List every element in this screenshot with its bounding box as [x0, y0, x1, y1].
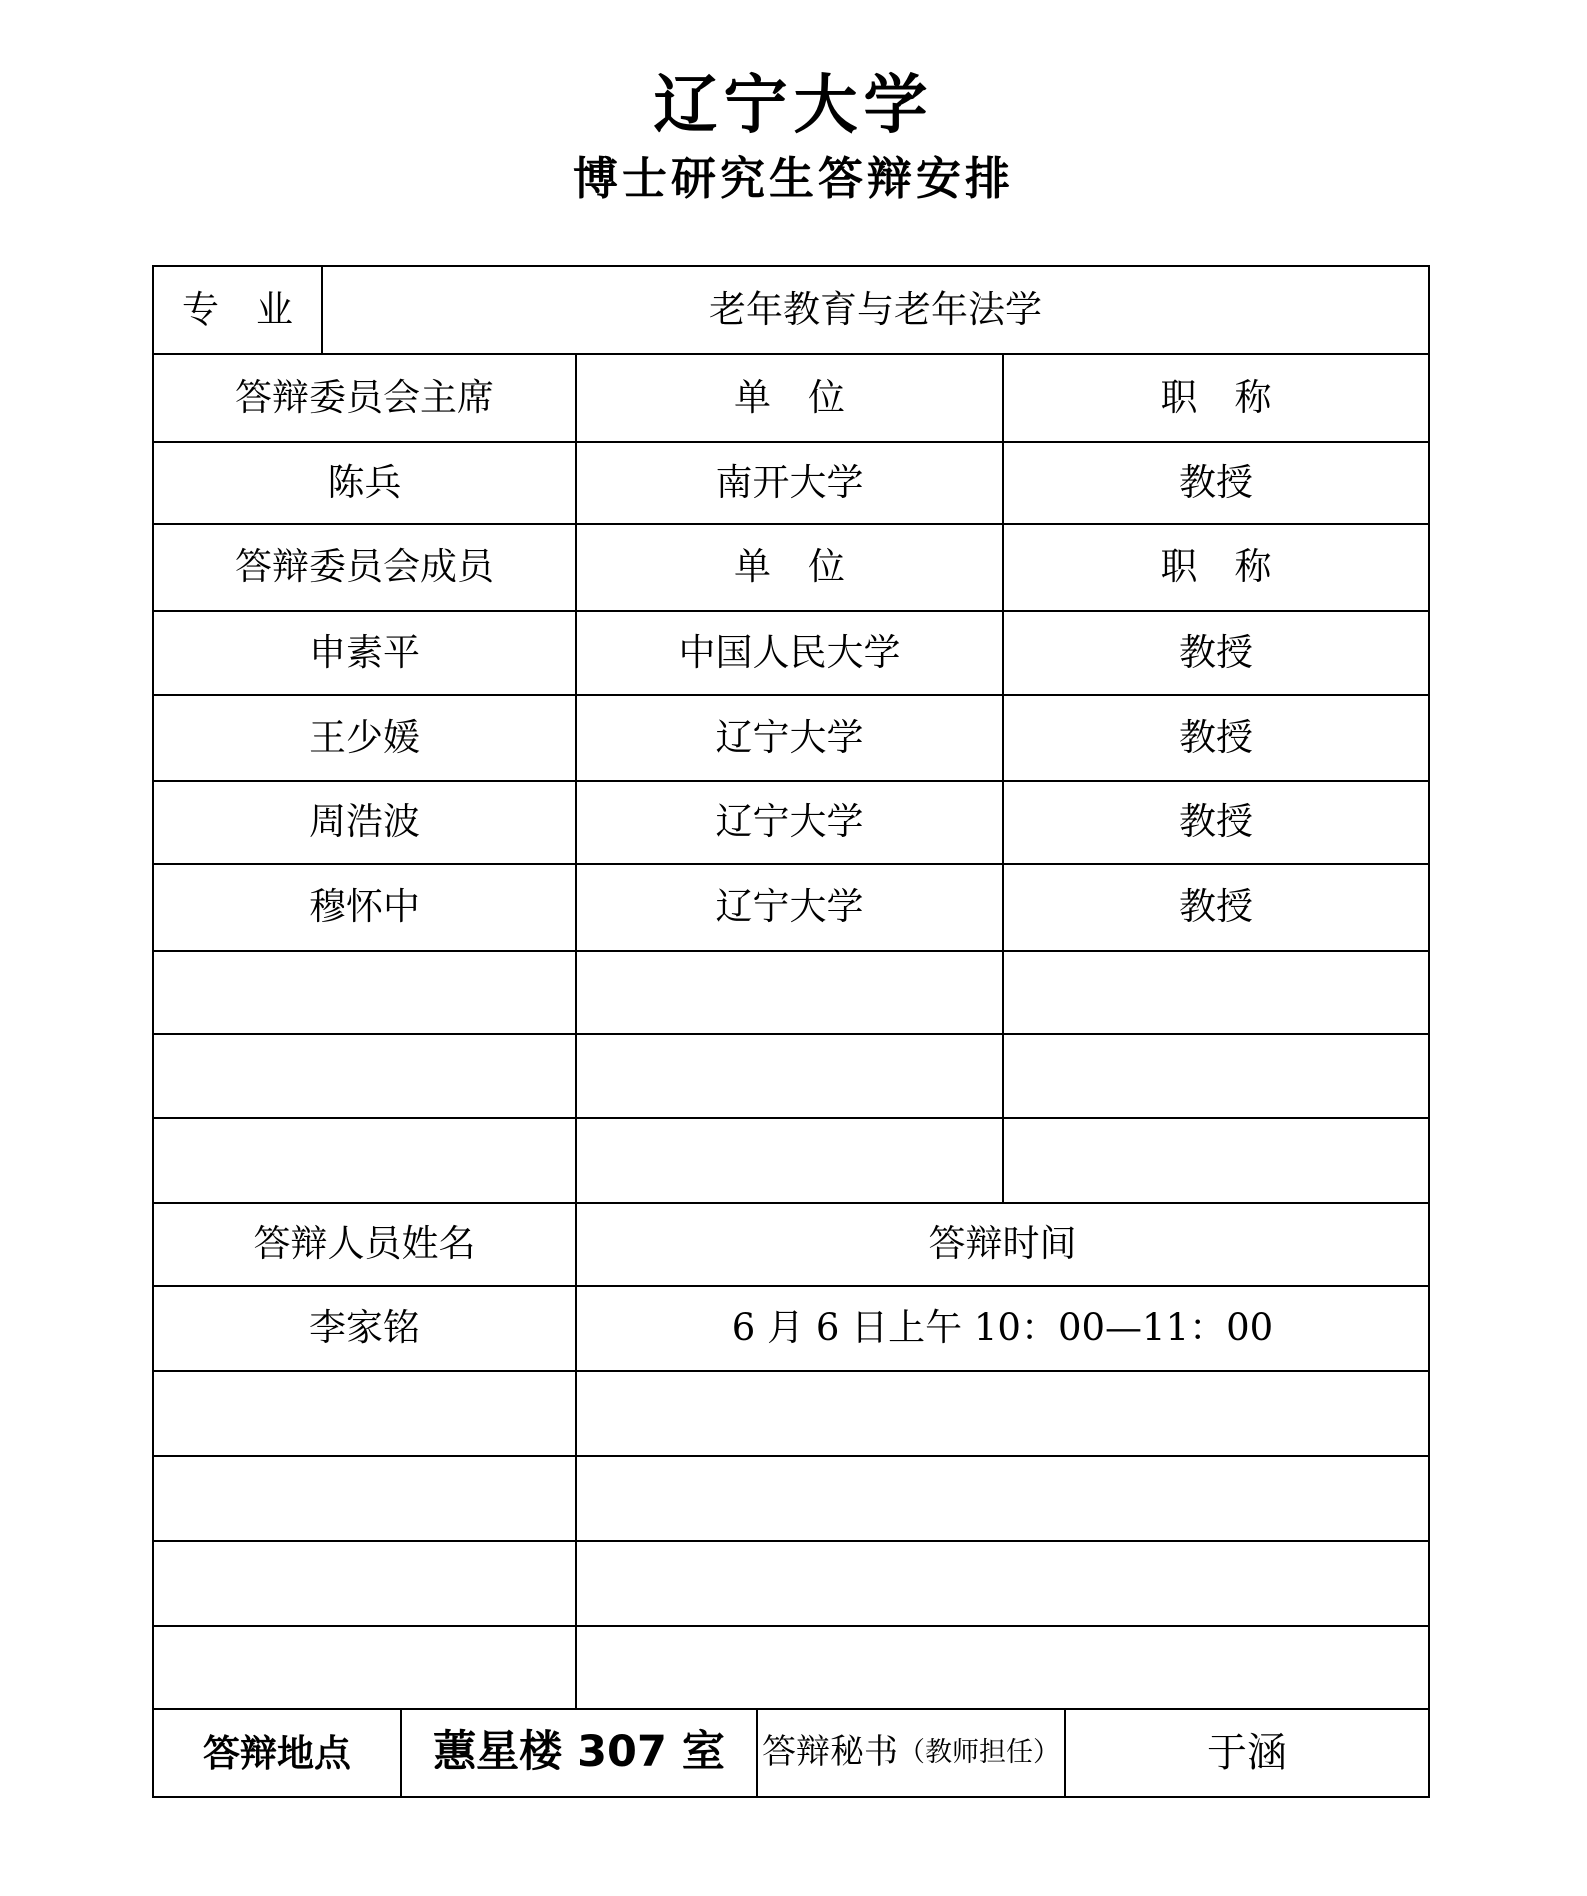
- location-value: 蕙星楼 307 室: [402, 1710, 758, 1798]
- member-unit-header: 单 位: [577, 525, 1004, 612]
- major-value: 老年教育与老年法学: [323, 267, 1430, 355]
- secretary-label-text: 答辩秘书: [762, 1733, 898, 1772]
- member-header-row: 答辩委员会成员 单 位 职 称: [154, 525, 1430, 612]
- member-title: 教授: [1004, 696, 1430, 782]
- defense-header-row: 答辩人员姓名 答辩时间: [154, 1204, 1430, 1287]
- secretary-label: 答辩秘书（教师担任）: [758, 1710, 1066, 1798]
- defense-row-empty: [154, 1457, 1430, 1542]
- member-row: 穆怀中 辽宁大学 教授: [154, 865, 1430, 952]
- member-name: 王少媛: [154, 696, 577, 782]
- secretary-note: （教师担任）: [898, 1737, 1060, 1768]
- member-name: 周浩波: [154, 782, 577, 865]
- defense-schedule-table: 专 业 老年教育与老年法学 答辩委员会主席 单 位 职 称 陈兵 南开大学 教授…: [152, 265, 1430, 1798]
- member-title: 教授: [1004, 782, 1430, 865]
- defense-time: [577, 1627, 1430, 1710]
- defense-row-empty: [154, 1542, 1430, 1627]
- member-title: [1004, 952, 1430, 1035]
- major-label: 专 业: [154, 267, 323, 355]
- member-unit: 中国人民大学: [577, 612, 1004, 696]
- page-subtitle: 博士研究生答辩安排: [0, 156, 1587, 201]
- member-role-header: 答辩委员会成员: [154, 525, 577, 612]
- chair-header-row: 答辩委员会主席 单 位 职 称: [154, 355, 1430, 443]
- candidate-name: 李家铭: [154, 1287, 577, 1372]
- chair-title-header: 职 称: [1004, 355, 1430, 443]
- chair-role-header: 答辩委员会主席: [154, 355, 577, 443]
- member-unit: 辽宁大学: [577, 865, 1004, 952]
- defense-row-empty: [154, 1627, 1430, 1710]
- chair-row: 陈兵 南开大学 教授: [154, 443, 1430, 525]
- member-row: 王少媛 辽宁大学 教授: [154, 696, 1430, 782]
- chair-unit-header: 单 位: [577, 355, 1004, 443]
- defense-name-header: 答辩人员姓名: [154, 1204, 577, 1287]
- defense-time: [577, 1542, 1430, 1627]
- defense-time: 6 月 6 日上午 10：00—11：00: [577, 1287, 1430, 1372]
- page-title: 辽宁大学: [0, 74, 1587, 138]
- member-name: 穆怀中: [154, 865, 577, 952]
- member-name: [154, 1119, 577, 1204]
- defense-time-header: 答辩时间: [577, 1204, 1430, 1287]
- member-title: [1004, 1035, 1430, 1119]
- chair-name: 陈兵: [154, 443, 577, 525]
- chair-unit: 南开大学: [577, 443, 1004, 525]
- member-unit: [577, 952, 1004, 1035]
- chair-title: 教授: [1004, 443, 1430, 525]
- defense-time: [577, 1372, 1430, 1457]
- defense-time: [577, 1457, 1430, 1542]
- major-row: 专 业 老年教育与老年法学: [154, 267, 1430, 355]
- candidate-name: [154, 1542, 577, 1627]
- candidate-name: [154, 1372, 577, 1457]
- member-unit: [577, 1035, 1004, 1119]
- secretary-value: 于涵: [1066, 1710, 1430, 1798]
- member-row: 申素平 中国人民大学 教授: [154, 612, 1430, 696]
- defense-row-empty: [154, 1372, 1430, 1457]
- footer-row: 答辩地点 蕙星楼 307 室 答辩秘书（教师担任） 于涵: [154, 1710, 1430, 1798]
- member-row-empty: [154, 1035, 1430, 1119]
- member-row: 周浩波 辽宁大学 教授: [154, 782, 1430, 865]
- member-name: [154, 952, 577, 1035]
- member-title: 教授: [1004, 865, 1430, 952]
- location-label: 答辩地点: [154, 1710, 402, 1798]
- defense-row: 李家铭 6 月 6 日上午 10：00—11：00: [154, 1287, 1430, 1372]
- member-row-empty: [154, 952, 1430, 1035]
- member-unit: [577, 1119, 1004, 1204]
- member-unit: 辽宁大学: [577, 782, 1004, 865]
- member-title: 教授: [1004, 612, 1430, 696]
- member-unit: 辽宁大学: [577, 696, 1004, 782]
- member-name: [154, 1035, 577, 1119]
- member-title: [1004, 1119, 1430, 1204]
- member-title-header: 职 称: [1004, 525, 1430, 612]
- candidate-name: [154, 1457, 577, 1542]
- member-name: 申素平: [154, 612, 577, 696]
- member-row-empty: [154, 1119, 1430, 1204]
- candidate-name: [154, 1627, 577, 1710]
